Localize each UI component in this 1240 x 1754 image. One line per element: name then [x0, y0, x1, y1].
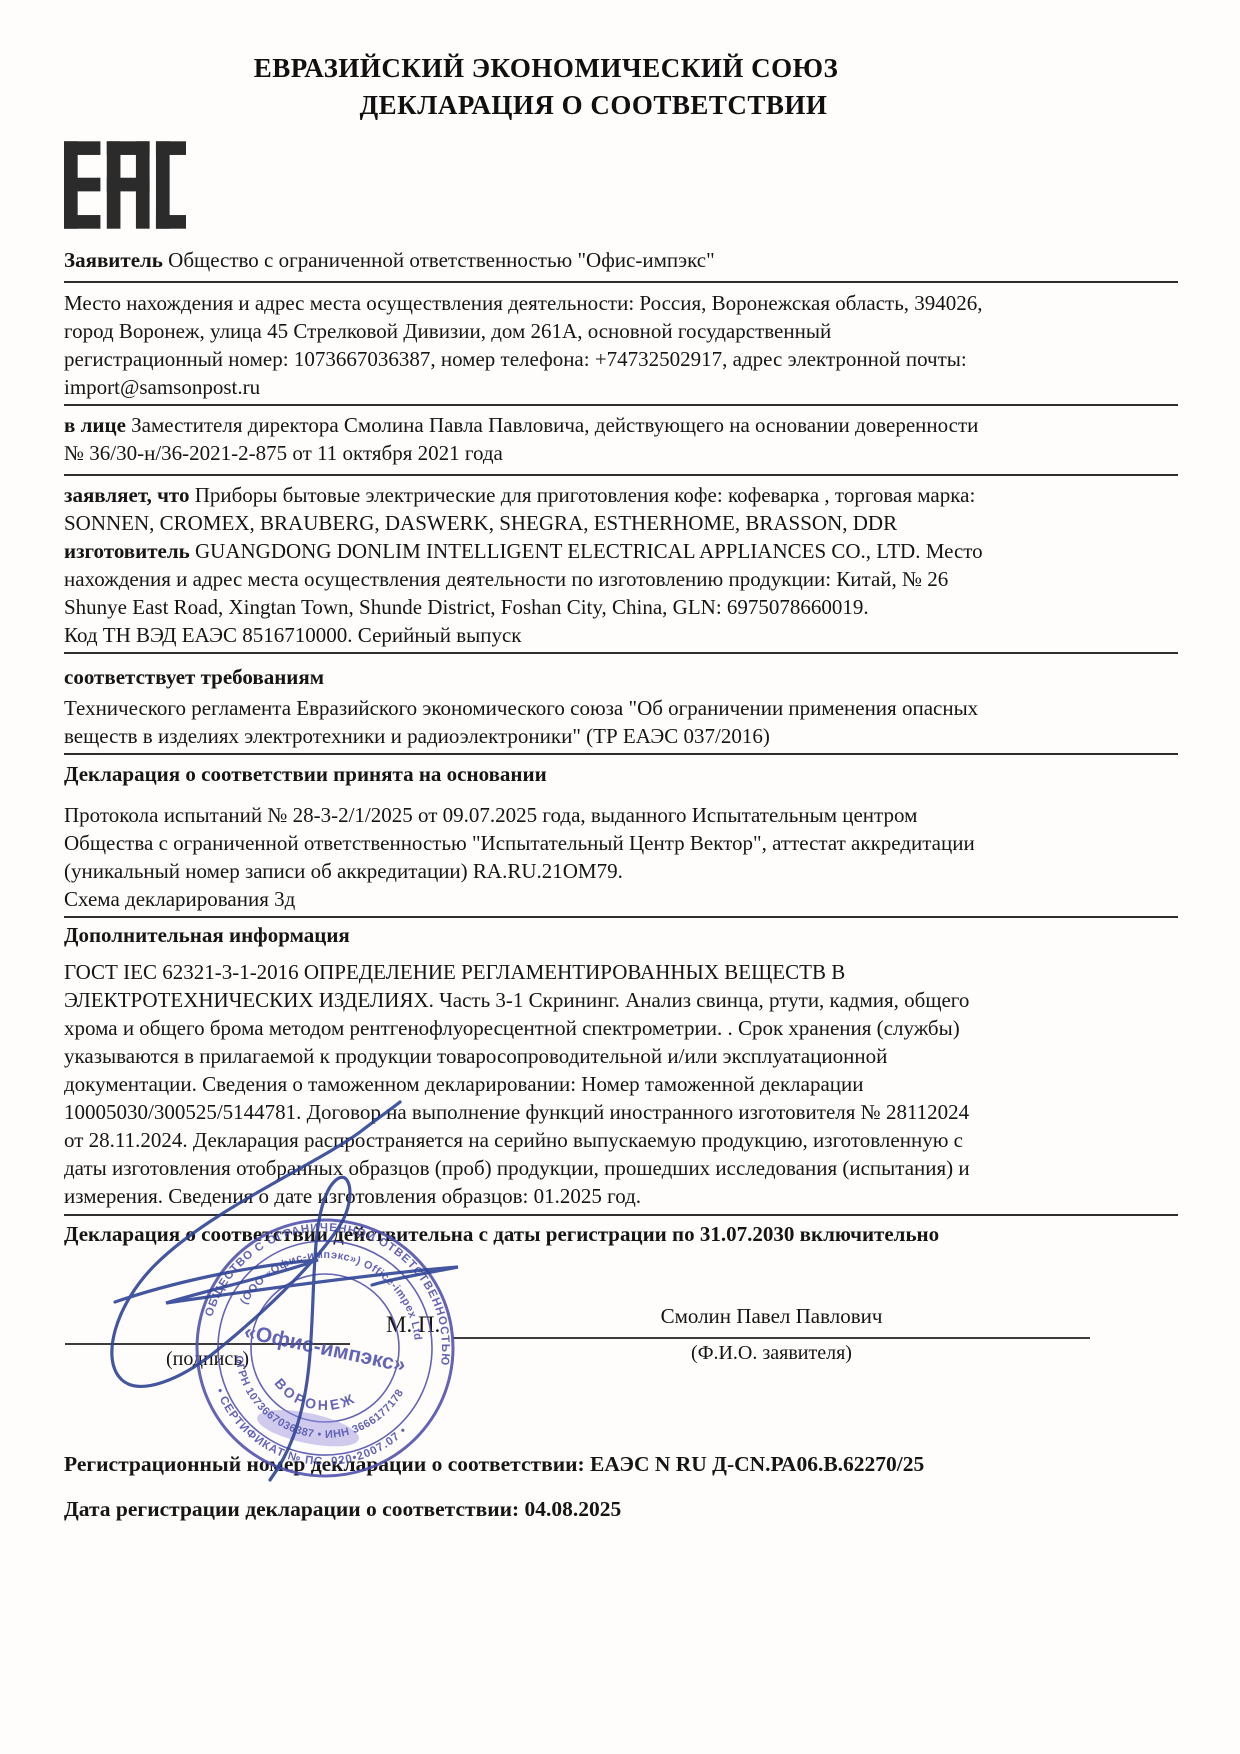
declares-label: заявляет, что	[64, 483, 189, 507]
representative-value: Заместителя директора Смолина Павла Павл…	[64, 413, 978, 465]
manufacturer-paragraph: изготовитель GUANGDONG DONLIM INTELLIGEN…	[64, 537, 1178, 621]
signature-area: (подпись) М. П. Смолин Павел Павлович (Ф…	[64, 1286, 1178, 1436]
document-title: ЕВРАЗИЙСКИЙ ЭКОНОМИЧЕСКИЙ СОЮЗ ДЕКЛАРАЦИ…	[64, 50, 1178, 124]
declaration-document: ЕВРАЗИЙСКИЙ ЭКОНОМИЧЕСКИЙ СОЮЗ ДЕКЛАРАЦИ…	[0, 0, 1240, 1754]
tnved-code-line: Код ТН ВЭД ЕАЭС 8516710000. Серийный вып…	[64, 621, 1178, 649]
signature-caption: (подпись)	[65, 1348, 350, 1371]
representative-label: в лице	[64, 413, 126, 437]
divider	[64, 652, 1178, 654]
declares-paragraph: заявляет, что Приборы бытовые электричес…	[64, 481, 1178, 537]
registration-date-line: Дата регистрации декларации о соответств…	[64, 1495, 1178, 1523]
basis-heading: Декларация о соответствии принята на осн…	[64, 760, 1178, 788]
registration-number-line: Регистрационный номер декларации о соотв…	[64, 1450, 1178, 1478]
applicant-label: Заявитель	[64, 248, 163, 272]
applicant-value: Общество с ограниченной ответственностью…	[168, 248, 715, 272]
stamp-place-label: М. П.	[386, 1312, 440, 1338]
document-body: ЕВРАЗИЙСКИЙ ЭКОНОМИЧЕСКИЙ СОЮЗ ДЕКЛАРАЦИ…	[64, 50, 1178, 1523]
basis-paragraph: Протокола испытаний № 28-3-2/1/2025 от 0…	[64, 801, 1178, 885]
divider	[64, 753, 1178, 755]
divider	[64, 474, 1178, 476]
divider	[64, 916, 1178, 918]
additional-paragraph: ГОСТ IEC 62321-3-1-2016 ОПРЕДЕЛЕНИЕ РЕГЛ…	[64, 958, 1178, 1210]
title-declaration: ДЕКЛАРАЦИЯ О СООТВЕТСТВИИ	[159, 87, 1028, 124]
declares-value: Приборы бытовые электрические для пригот…	[64, 483, 975, 535]
validity-line: Декларация о соответствии действительна …	[64, 1220, 1178, 1248]
divider	[64, 1214, 1178, 1216]
address-paragraph: Место нахождения и адрес места осуществл…	[64, 289, 1178, 401]
manufacturer-value: GUANGDONG DONLIM INTELLIGENT ELECTRICAL …	[64, 539, 983, 619]
divider	[64, 281, 1178, 283]
representative-paragraph: в лице Заместителя директора Смолина Пав…	[64, 411, 1178, 467]
applicant-fullname: Смолин Павел Павлович	[453, 1304, 1090, 1329]
conforms-heading: соответствует требованиям	[64, 663, 1178, 691]
applicant-paragraph: Заявитель Общество с ограниченной ответс…	[64, 246, 1178, 274]
scheme-line: Схема декларирования 3д	[64, 885, 1178, 913]
fullname-caption: (Ф.И.О. заявителя)	[453, 1342, 1090, 1365]
fullname-line	[453, 1337, 1090, 1339]
signature-line	[65, 1343, 350, 1345]
manufacturer-label: изготовитель	[64, 539, 190, 563]
divider	[64, 404, 1178, 406]
title-union: ЕВРАЗИЙСКИЙ ЭКОНОМИЧЕСКИЙ СОЮЗ	[64, 50, 1028, 87]
conforms-paragraph: Технического регламента Евразийского эко…	[64, 694, 1178, 750]
additional-heading: Дополнительная информация	[64, 921, 1178, 949]
